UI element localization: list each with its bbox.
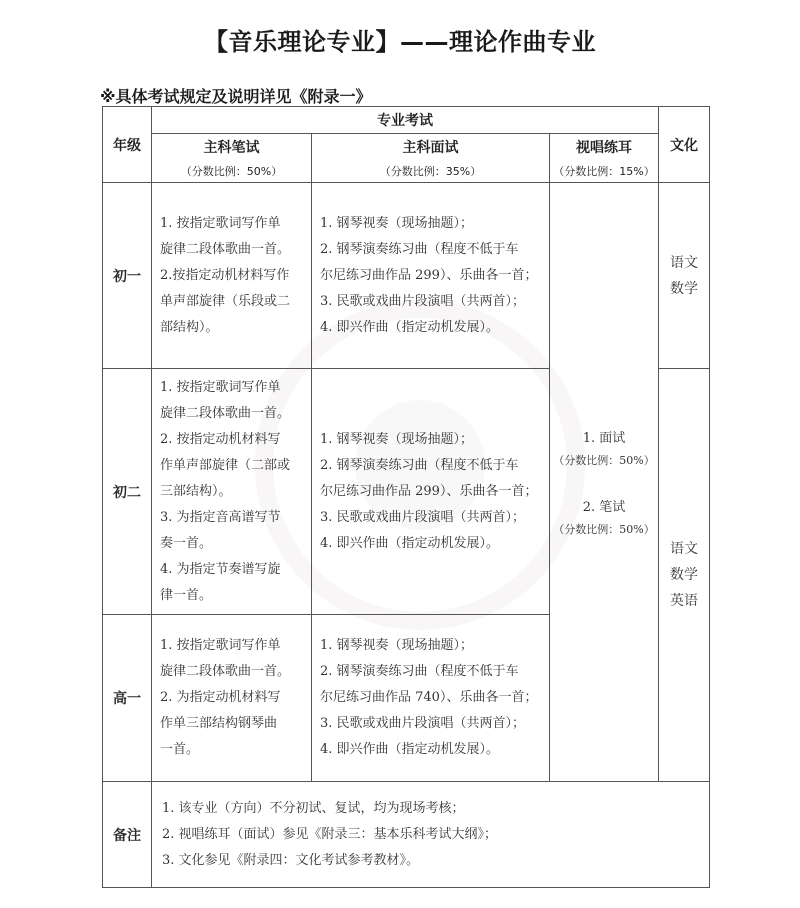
sight-singing-item: 2. 笔试 （分数比例：50%）: [550, 496, 658, 537]
sight-singing-item-label: 1. 面试: [583, 431, 626, 446]
list-item: 2. 按指定动机材料写: [160, 427, 307, 453]
written-requirements: 1. 按指定歌词写作单 旋律二段体歌曲一首。 2.按指定动机材料写作 单声部旋律…: [152, 183, 312, 369]
remark-item: 1. 该专业（方向）不分初试、复试，均为现场考核；: [162, 796, 699, 822]
sight-singing-item-ratio: （分数比例：50%）: [550, 521, 658, 537]
culture-subjects: 语文 数学 英语: [659, 369, 710, 782]
list-item: 1. 按指定歌词写作单: [160, 211, 307, 237]
interview-requirements: 1. 钢琴视奏（现场抽题）； 2. 钢琴演奏练习曲（程度不低于车 尔尼练习曲作品…: [312, 369, 550, 615]
list-item: 律一首。: [160, 583, 307, 609]
header-interview: 主科面试 （分数比例：35%）: [312, 134, 550, 183]
remarks-label: 备注: [103, 782, 152, 888]
grade-label: 高一: [103, 615, 152, 782]
header-interview-ratio: （分数比例：35%）: [312, 163, 549, 179]
list-item: 旋律二段体歌曲一首。: [160, 659, 307, 685]
list-item: 1. 按指定歌词写作单: [160, 633, 307, 659]
list-item: 4. 即兴作曲（指定动机发展）。: [320, 315, 545, 341]
list-item: 4. 即兴作曲（指定动机发展）。: [320, 737, 545, 763]
header-sight-singing: 视唱练耳 （分数比例：15%）: [550, 134, 659, 183]
list-item: 3. 为指定音高谱写节: [160, 505, 307, 531]
header-written-label: 主科笔试: [204, 140, 260, 156]
list-item: 三部结构）。: [160, 479, 307, 505]
culture-subjects: 语文 数学: [659, 183, 710, 369]
list-item: 尔尼练习曲作品 740）、乐曲各一首；: [320, 685, 545, 711]
list-item: 2. 钢琴演奏练习曲（程度不低于车: [320, 237, 545, 263]
grade-label: 初二: [103, 369, 152, 615]
grade-label: 初一: [103, 183, 152, 369]
sight-singing-item-label: 2. 笔试: [583, 500, 626, 515]
header-sight-singing-label: 视唱练耳: [576, 140, 632, 156]
list-item: 尔尼练习曲作品 299）、乐曲各一首；: [320, 263, 545, 289]
written-requirements: 1. 按指定歌词写作单 旋律二段体歌曲一首。 2. 按指定动机材料写 作单声部旋…: [152, 369, 312, 615]
header-row-top: 年级 专业考试 文化: [103, 107, 710, 134]
list-item: 作单三部结构钢琴曲: [160, 711, 307, 737]
culture-subject: 英语: [659, 588, 709, 614]
sight-singing-requirements: 1. 面试 （分数比例：50%） 2. 笔试 （分数比例：50%）: [550, 183, 659, 782]
list-item: 2. 钢琴演奏练习曲（程度不低于车: [320, 659, 545, 685]
list-item: 1. 按指定歌词写作单: [160, 375, 307, 401]
list-item: 2. 为指定动机材料写: [160, 685, 307, 711]
remark-item: 2. 视唱练耳（面试）参见《附录三：基本乐科考试大纲》；: [162, 822, 699, 848]
list-item: 3. 民歌或戏曲片段演唱（共两首）；: [320, 505, 545, 531]
appendix-note: ※具体考试规定及说明详见《附录一》: [100, 84, 372, 107]
list-item: 2. 钢琴演奏练习曲（程度不低于车: [320, 453, 545, 479]
culture-subject: 数学: [659, 562, 709, 588]
remark-item: 3. 文化参见《附录四：文化考试参考教材》。: [162, 848, 699, 874]
list-item: 3. 民歌或戏曲片段演唱（共两首）；: [320, 711, 545, 737]
remarks-row: 备注 1. 该专业（方向）不分初试、复试，均为现场考核； 2. 视唱练耳（面试）…: [103, 782, 710, 888]
culture-subject: 数学: [659, 276, 709, 302]
remarks-content: 1. 该专业（方向）不分初试、复试，均为现场考核； 2. 视唱练耳（面试）参见《…: [152, 782, 710, 888]
header-interview-label: 主科面试: [403, 140, 459, 156]
list-item: 部结构）。: [160, 315, 307, 341]
header-row-sub: 主科笔试 （分数比例：50%） 主科面试 （分数比例：35%） 视唱练耳 （分数…: [103, 134, 710, 183]
header-professional-exam: 专业考试: [152, 107, 659, 134]
interview-requirements: 1. 钢琴视奏（现场抽题）； 2. 钢琴演奏练习曲（程度不低于车 尔尼练习曲作品…: [312, 183, 550, 369]
list-item: 4. 为指定节奏谱写旋: [160, 557, 307, 583]
list-item: 奏一首。: [160, 531, 307, 557]
culture-subject: 语文: [659, 536, 709, 562]
list-item: 尔尼练习曲作品 299）、乐曲各一首；: [320, 479, 545, 505]
list-item: 作单声部旋律（二部或: [160, 453, 307, 479]
sight-singing-item-ratio: （分数比例：50%）: [550, 452, 658, 468]
header-grade: 年级: [103, 107, 152, 183]
list-item: 4. 即兴作曲（指定动机发展）。: [320, 531, 545, 557]
page-title: 【音乐理论专业】——理论作曲专业: [0, 22, 800, 57]
list-item: 1. 钢琴视奏（现场抽题）；: [320, 633, 545, 659]
header-written: 主科笔试 （分数比例：50%）: [152, 134, 312, 183]
list-item: 旋律二段体歌曲一首。: [160, 237, 307, 263]
list-item: 1. 钢琴视奏（现场抽题）；: [320, 427, 545, 453]
list-item: 单声部旋律（乐段或二: [160, 289, 307, 315]
sight-singing-item: 1. 面试 （分数比例：50%）: [550, 427, 658, 468]
table-row-grade-7: 初一 1. 按指定歌词写作单 旋律二段体歌曲一首。 2.按指定动机材料写作 单声…: [103, 183, 710, 369]
header-culture: 文化: [659, 107, 710, 183]
list-item: 1. 钢琴视奏（现场抽题）；: [320, 211, 545, 237]
list-item: 一首。: [160, 737, 307, 763]
written-requirements: 1. 按指定歌词写作单 旋律二段体歌曲一首。 2. 为指定动机材料写 作单三部结…: [152, 615, 312, 782]
list-item: 旋律二段体歌曲一首。: [160, 401, 307, 427]
interview-requirements: 1. 钢琴视奏（现场抽题）； 2. 钢琴演奏练习曲（程度不低于车 尔尼练习曲作品…: [312, 615, 550, 782]
header-written-ratio: （分数比例：50%）: [152, 163, 311, 179]
culture-subject: 语文: [659, 250, 709, 276]
list-item: 2.按指定动机材料写作: [160, 263, 307, 289]
header-sight-singing-ratio: （分数比例：15%）: [550, 163, 658, 179]
list-item: 3. 民歌或戏曲片段演唱（共两首）；: [320, 289, 545, 315]
exam-requirements-table: 年级 专业考试 文化 主科笔试 （分数比例：50%） 主科面试 （分数比例：35…: [102, 106, 710, 888]
